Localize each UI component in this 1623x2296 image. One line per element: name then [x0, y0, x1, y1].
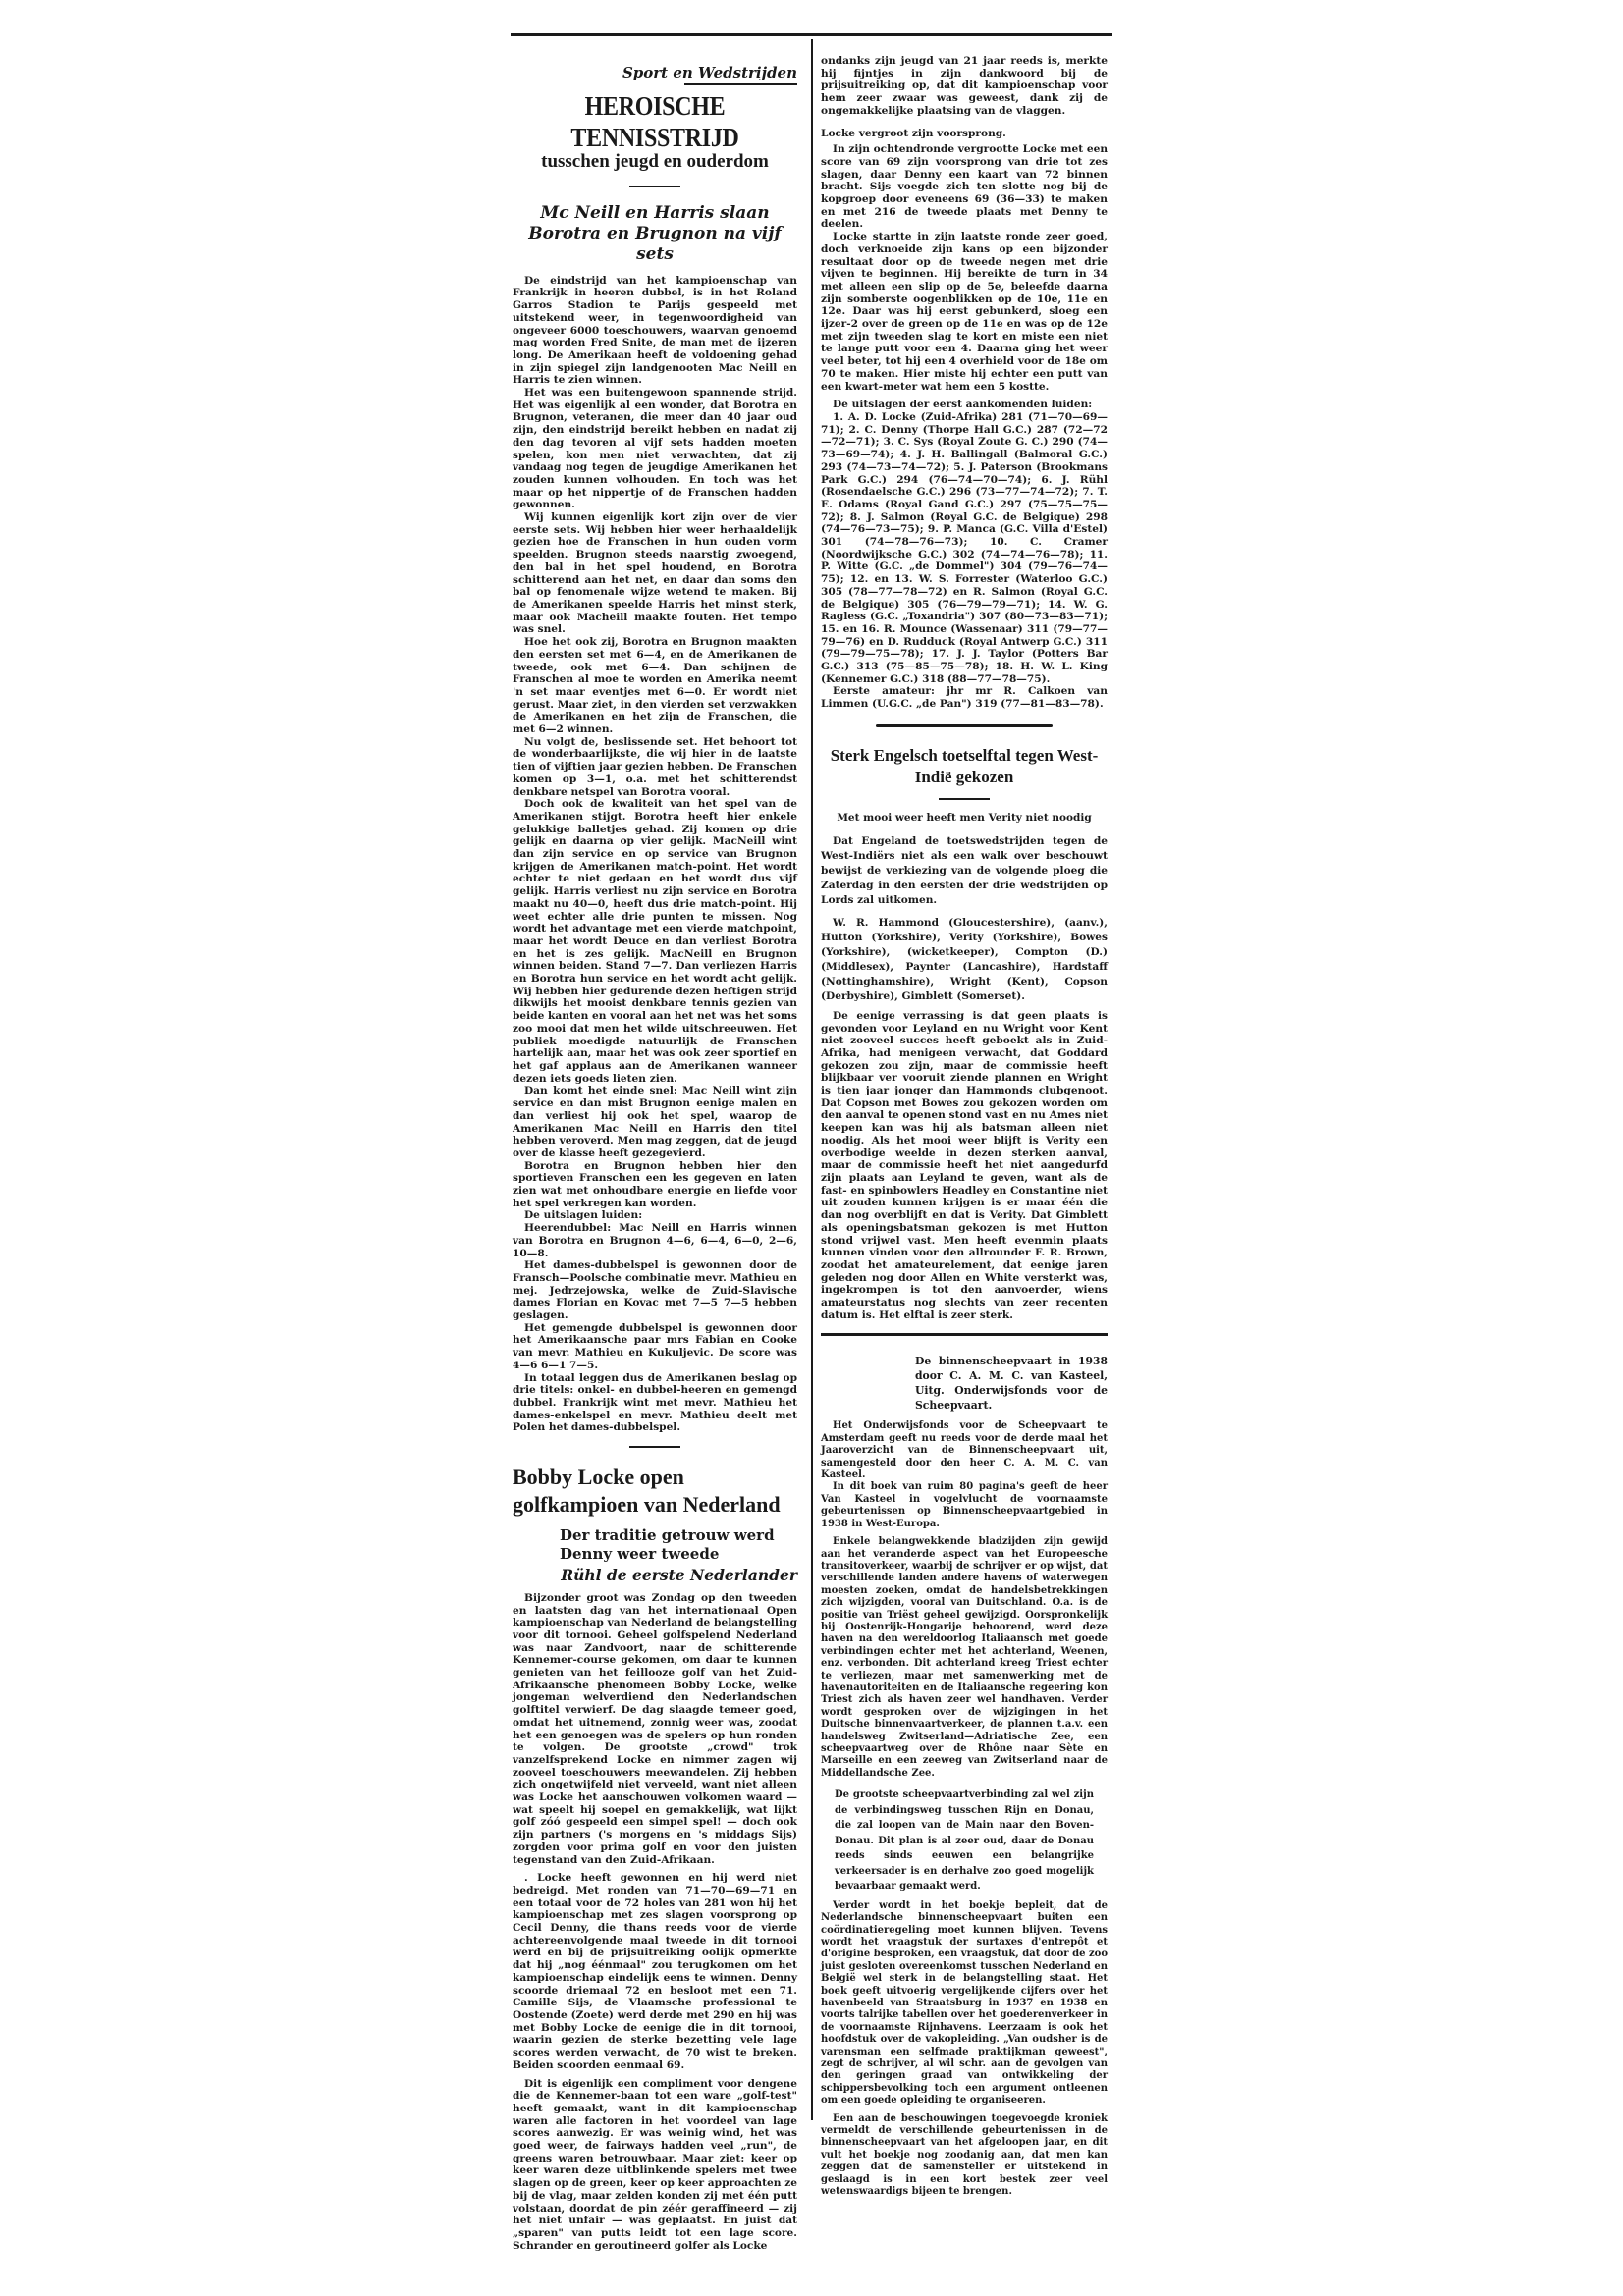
tennis-paragraph: In totaal leggen dus de Amerikanen besla…	[513, 1372, 797, 1435]
golf-paragraph: Bijzonder groot was Zondag op den tweede…	[513, 1592, 797, 1866]
cricket-article: Sterk Engelsch toetselftal tegen West-In…	[821, 745, 1108, 1322]
book-paragraph: Een aan de beschouwingen toegevoegde kro…	[821, 2113, 1108, 2199]
tennis-paragraph: Wij kunnen eigenlijk kort zijn over de v…	[513, 511, 797, 636]
golf-paragraph: In zijn ochtendronde vergrootte Locke me…	[821, 143, 1108, 231]
cricket-team-list: W. R. Hammond (Gloucestershire), (aanv.)…	[821, 916, 1108, 1004]
golf-subsection-title: Locke vergroot zijn voorsprong.	[821, 128, 1108, 140]
book-paragraph: Verder wordt in het boekje bepleit, dat …	[821, 1900, 1108, 2108]
cricket-intro: Dat Engeland de toetswedstrijden tegen d…	[821, 834, 1108, 908]
section-label: Sport en Wedstrijden	[513, 67, 797, 83]
book-reference: De binnenscheepvaart in 1938 door C. A. …	[915, 1354, 1108, 1413]
cricket-headline: Sterk Engelsch toetselftal tegen West-In…	[821, 745, 1108, 788]
cricket-body: De eenige verrassing is dat geen plaats …	[821, 1010, 1108, 1322]
golf-subheadline: Der traditie getrouw werd Denny weer twe…	[560, 1526, 797, 1564]
golf-results-list: 1. A. D. Locke (Zuid-Afrika) 281 (71—70—…	[821, 411, 1108, 685]
divider	[821, 1333, 1108, 1336]
book-paragraph: Het Onderwijsfonds voor de Scheepvaart t…	[821, 1420, 1108, 1481]
tennis-paragraph: Dan komt het einde snel: Mac Neill wint …	[513, 1085, 797, 1159]
book-review-article: De binnenscheepvaart in 1938 door C. A. …	[821, 1354, 1108, 2198]
tennis-article: HEROISCHE TENNISSTRIJD tusschen jeugd en…	[513, 95, 797, 1448]
left-column: Sport en Wedstrijden HEROISCHE TENNISSTR…	[511, 39, 805, 2140]
tennis-paragraph: Het gemengde dubbelspel is gewonnen door…	[513, 1322, 797, 1372]
tennis-paragraph: Het dames-dubbelspel is gewonnen door de…	[513, 1259, 797, 1322]
tennis-paragraph: Nu volgt de, beslissende set. Het behoor…	[513, 736, 797, 799]
tennis-kicker: Mc Neill en Harris slaan Borotra en Brug…	[513, 203, 797, 265]
cricket-subheadline: Met mooi weer heeft men Verity niet nood…	[821, 812, 1108, 825]
divider	[939, 798, 990, 800]
golf-first-amateur: Eerste amateur: jhr mr R. Calkoen van Li…	[821, 685, 1108, 710]
tennis-paragraph: Doch ook de kwaliteit van het spel van d…	[513, 798, 797, 1085]
golf-article: Bobby Locke open golfkampioen van Nederl…	[513, 1464, 797, 2252]
golf-results-intro: De uitslagen der eerst aankomenden luide…	[821, 399, 1108, 411]
divider	[629, 186, 680, 187]
golf-paragraph: Dit is eigenlijk een compliment voor den…	[513, 2078, 797, 2253]
divider	[629, 1446, 680, 1448]
golf-paragraph: . Locke heeft gewonnen en hij werd niet …	[513, 1872, 797, 2071]
golf-headline: Bobby Locke open golfkampioen van Nederl…	[513, 1464, 797, 1519]
right-column: ondanks zijn jeugd van 21 jaar reeds is,…	[811, 39, 1111, 2120]
section-rule	[684, 83, 797, 85]
top-rule	[511, 33, 1112, 36]
tennis-headline: HEROISCHE TENNISSTRIJD	[513, 91, 797, 154]
golf-paragraph: Locke startte in zijn laatste ronde zeer…	[821, 231, 1108, 393]
golf-continued-paragraph: ondanks zijn jeugd van 21 jaar reeds is,…	[821, 55, 1108, 118]
tennis-paragraph: Het was een buitengewoon spannende strij…	[513, 387, 797, 511]
tennis-paragraph: De eindstrijd van het kampioenschap van …	[513, 275, 797, 387]
tennis-paragraph: Hoe het ook zij, Borotra en Brugnon maak…	[513, 636, 797, 736]
divider	[876, 724, 1053, 727]
tennis-paragraph: De uitslagen luiden:	[513, 1209, 797, 1222]
newspaper-page: Sport en Wedstrijden HEROISCHE TENNISSTR…	[511, 33, 1112, 2193]
golf-kicker: Rühl de eerste Nederlander	[513, 1570, 797, 1582]
book-paragraph: Enkele belangwekkende bladzijden zijn ge…	[821, 1536, 1108, 1780]
book-paragraph-indented: De grootste scheepvaartverbinding zal we…	[835, 1788, 1094, 1895]
tennis-paragraph: Borotra en Brugnon hebben hier den sport…	[513, 1160, 797, 1210]
book-paragraph: In dit boek van ruim 80 pagina's geeft d…	[821, 1481, 1108, 1530]
tennis-result: Heerendubbel: Mac Neill en Harris winnen…	[513, 1222, 797, 1259]
